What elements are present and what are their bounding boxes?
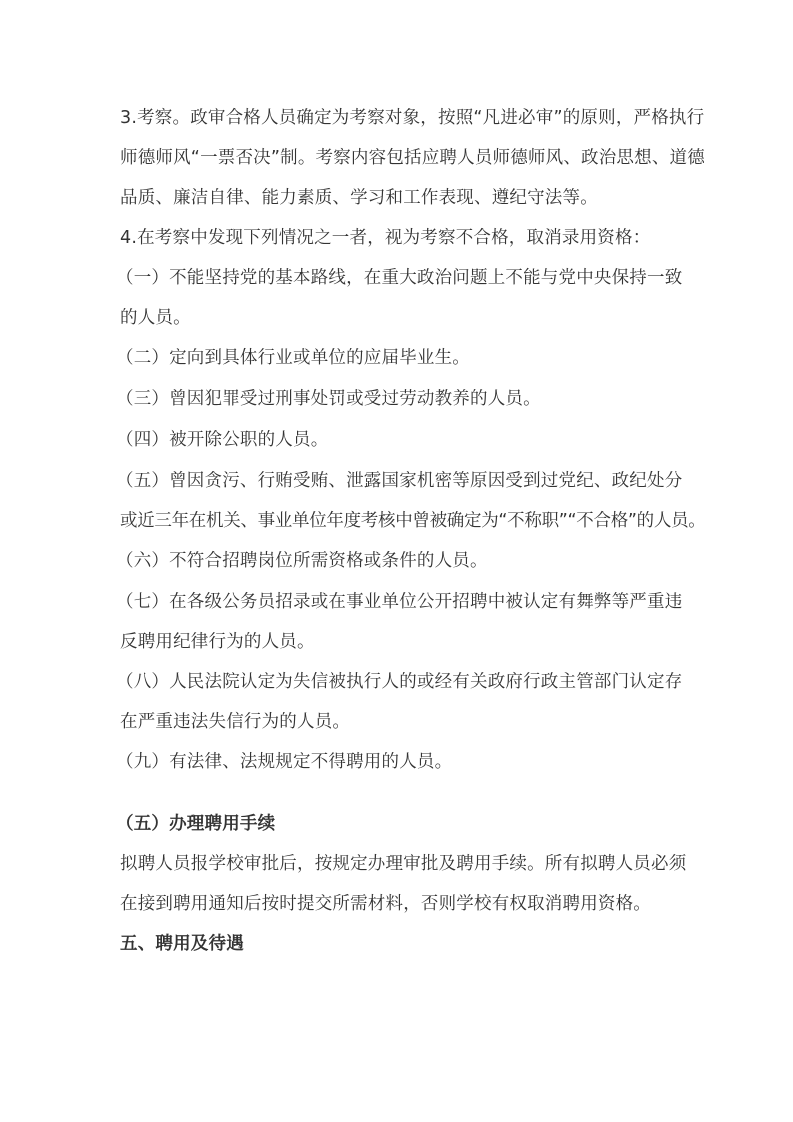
list-item-line: （九）有法律、法规规定不得聘用的人员。	[116, 742, 676, 782]
section-3-inspection: 3.考察。政审合格人员确定为考察对象，按照“凡进必审”的原则，严格执行 师德师风…	[120, 98, 676, 218]
section-spacer	[120, 782, 676, 804]
list-item-6: （六）不符合招聘岗位所需资格或条件的人员。	[120, 541, 676, 582]
list-item-line: （三）曾因犯罪受过刑事处罚或受过劳动教养的人员。	[116, 379, 676, 420]
list-item-line: （八）人民法院认定为失信被执行人的或经有关政府行政主管部门认定存	[116, 662, 676, 702]
list-item-5: （五）曾因贪污、行贿受贿、泄露国家机密等原因受到过党纪、政纪处分 或近三年在机关…	[120, 461, 676, 541]
list-item-2: （二）定向到具体行业或单位的应届毕业生。	[120, 338, 676, 379]
list-item-line: 或近三年在机关、事业单位年度考核中曾被确定为“不称职”“不合格”的人员。	[120, 501, 676, 541]
list-item-3: （三）曾因犯罪受过刑事处罚或受过劳动教养的人员。	[120, 379, 676, 420]
list-item-line: （一）不能坚持党的基本路线，在重大政治问题上不能与党中央保持一致	[116, 258, 676, 298]
paragraph-line: 师德师风“一票否决”制。考察内容包括应聘人员师德师风、政治思想、道德	[120, 138, 676, 178]
section-4-intro: 4.在考察中发现下列情况之一者，视为考察不合格，取消录用资格：	[120, 218, 676, 258]
subsection-5-procedures: （五）办理聘用手续 拟聘人员报学校审批后，按规定办理审批及聘用手续。所有拟聘人员…	[120, 804, 676, 924]
list-item-line: （五）曾因贪污、行贿受贿、泄露国家机密等原因受到过党纪、政纪处分	[116, 461, 676, 501]
list-item-line: 在严重违法失信行为的人员。	[120, 702, 676, 742]
list-item-8: （八）人民法院认定为失信被执行人的或经有关政府行政主管部门认定存 在严重违法失信…	[120, 662, 676, 742]
paragraph-line: 拟聘人员报学校审批后，按规定办理审批及聘用手续。所有拟聘人员必须	[120, 844, 676, 884]
document-page: 3.考察。政审合格人员确定为考察对象，按照“凡进必审”的原则，严格执行 师德师风…	[120, 98, 676, 964]
list-item-line: （七）在各级公务员招录或在事业单位公开招聘中被认定有舞弊等严重违	[116, 582, 676, 622]
list-item-1: （一）不能坚持党的基本路线，在重大政治问题上不能与党中央保持一致 的人员。	[120, 258, 676, 338]
list-item-9: （九）有法律、法规规定不得聘用的人员。	[120, 742, 676, 782]
list-item-line: （六）不符合招聘岗位所需资格或条件的人员。	[116, 541, 676, 582]
paragraph-line: 在接到聘用通知后按时提交所需材料，否则学校有权取消聘用资格。	[120, 884, 676, 924]
list-item-line: （四）被开除公职的人员。	[116, 420, 676, 461]
list-item-line: 的人员。	[120, 298, 676, 338]
chapter-heading: 五、聘用及待遇	[120, 924, 676, 964]
paragraph-line: 3.考察。政审合格人员确定为考察对象，按照“凡进必审”的原则，严格执行	[120, 98, 676, 138]
subsection-heading: （五）办理聘用手续	[116, 804, 676, 844]
list-item-7: （七）在各级公务员招录或在事业单位公开招聘中被认定有舞弊等严重违 反聘用纪律行为…	[120, 582, 676, 662]
list-item-line: （二）定向到具体行业或单位的应届毕业生。	[116, 338, 676, 379]
chapter-5: 五、聘用及待遇	[120, 924, 676, 964]
paragraph-line: 品质、廉洁自律、能力素质、学习和工作表现、遵纪守法等。	[120, 178, 676, 218]
list-item-4: （四）被开除公职的人员。	[120, 420, 676, 461]
list-item-line: 反聘用纪律行为的人员。	[120, 622, 676, 662]
section-4-disqualifications: 4.在考察中发现下列情况之一者，视为考察不合格，取消录用资格： （一）不能坚持党…	[120, 218, 676, 782]
